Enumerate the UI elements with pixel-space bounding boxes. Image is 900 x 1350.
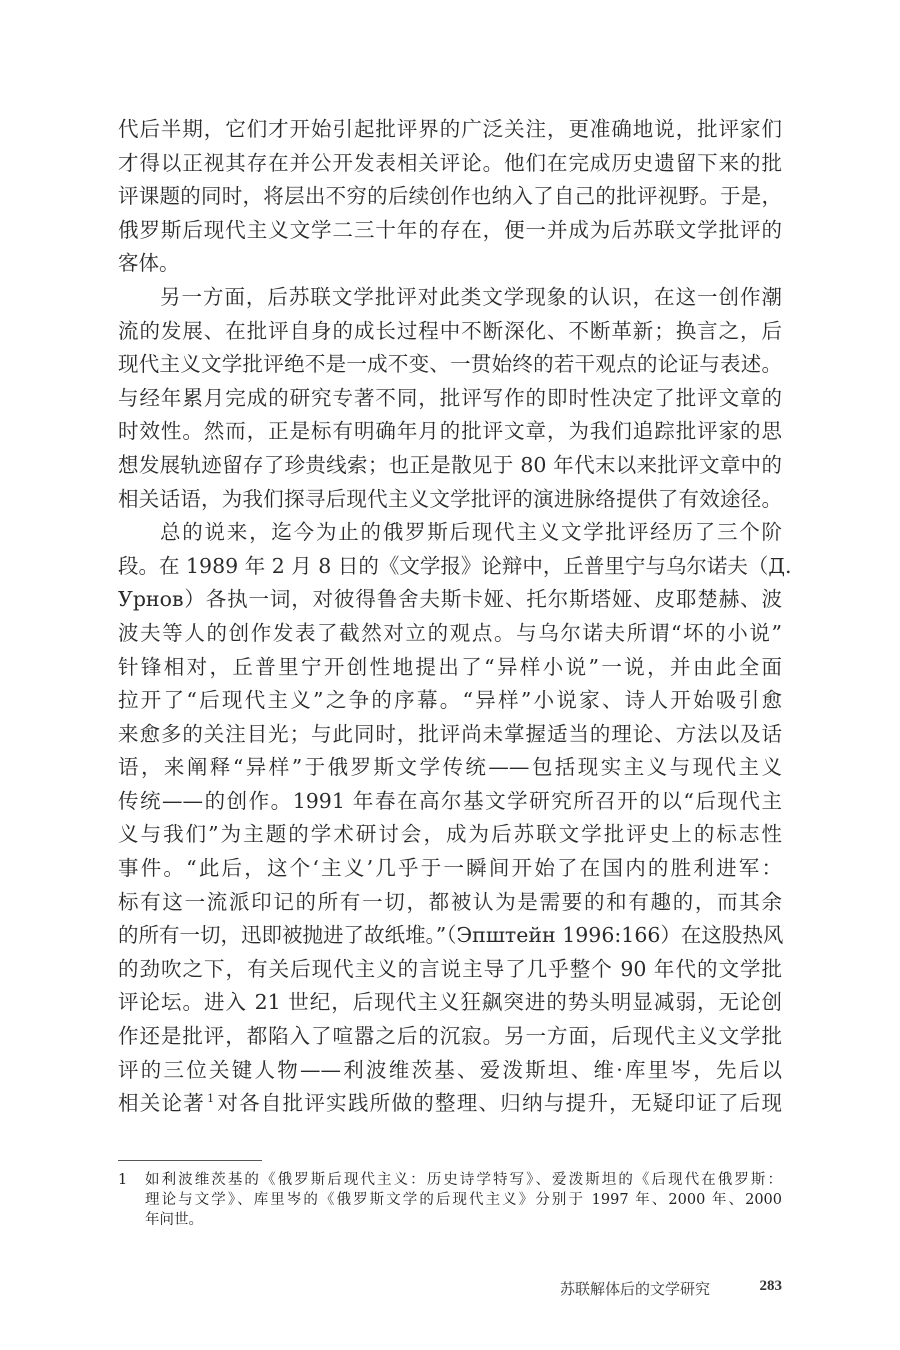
- text-line: 事件。“此后，这个‘主义’几乎于一瞬间开始了在国内的胜利进军：: [118, 852, 782, 886]
- text-line: 时效性。然而，正是标有明确年月的批评文章，为我们追踪批评家的思: [118, 415, 782, 449]
- text-line: 客体。: [118, 247, 782, 281]
- text-line: 段。在 1989 年 2 月 8 日的《文学报》论辩中，丘普里宁与乌尔诺夫（Д.: [118, 550, 782, 584]
- text-before-footnote: 相关论著: [118, 1091, 205, 1115]
- text-line: 义与我们”为主题的学术研讨会，成为后苏联文学批评史上的标志性: [118, 818, 782, 852]
- body-text: 代后半期，它们才开始引起批评界的广泛关注，更准确地说，批评家们 才得以正视其存在…: [118, 113, 782, 1121]
- text-line: 现代主义文学批评绝不是一成不变、一贯始终的若干观点的论证与表述。: [118, 348, 782, 382]
- text-line: 来愈多的关注目光；与此同时，批评尚未掌握适当的理论、方法以及话: [118, 718, 782, 752]
- paragraph-2: 另一方面，后苏联文学批评对此类文学现象的认识，在这一创作潮 流的发展、在批评自身…: [118, 281, 782, 516]
- text-line: 才得以正视其存在并公开发表相关评论。他们在完成历史遗留下来的批: [118, 147, 782, 181]
- text-line: 评论坛。进入 21 世纪，后现代主义狂飙突进的势头明显减弱，无论创: [118, 986, 782, 1020]
- text-line: 另一方面，后苏联文学批评对此类文学现象的认识，在这一创作潮: [118, 281, 782, 315]
- footnote-line: 理论与文学》、库里岑的《俄罗斯文学的后现代主义》分别于 1997 年、2000 …: [145, 1190, 782, 1210]
- text-line: 的劲吹之下，有关后现代主义的言说主导了几乎整个 90 年代的文学批: [118, 953, 782, 987]
- text-line: 评课题的同时，将层出不穷的后续创作也纳入了自己的批评视野。于是，: [118, 180, 782, 214]
- text-line: 的所有一切，迅即被抛进了故纸堆。”（Эпштейн 1996:166）在这股热风: [118, 919, 782, 953]
- footnote: 1 如利波维茨基的《俄罗斯后现代主义：历史诗学特写》、爱泼斯坦的《后现代在俄罗斯…: [118, 1170, 782, 1230]
- footnote-number: 1: [118, 1170, 138, 1190]
- footnote-line: 如利波维茨基的《俄罗斯后现代主义：历史诗学特写》、爱泼斯坦的《后现代在俄罗斯：: [145, 1170, 782, 1190]
- footnote-reference[interactable]: 1: [207, 1092, 214, 1105]
- text-after-footnote: 对各自批评实践所做的整理、归纳与提升，无疑印证了后现: [216, 1091, 782, 1115]
- text-line: 标有这一流派印记的所有一切，都被认为是需要的和有趣的，而其余: [118, 886, 782, 920]
- text-line: 代后半期，它们才开始引起批评界的广泛关注，更准确地说，批评家们: [118, 113, 782, 147]
- text-line: 流的发展、在批评自身的成长过程中不断深化、不断革新；换言之，后: [118, 315, 782, 349]
- paragraph-1: 代后半期，它们才开始引起批评界的广泛关注，更准确地说，批评家们 才得以正视其存在…: [118, 113, 782, 281]
- footnote-line: 年问世。: [145, 1210, 782, 1230]
- text-line: 作还是批评，都陷入了喧嚣之后的沉寂。另一方面，后现代主义文学批: [118, 1020, 782, 1054]
- page-number: 283: [760, 1278, 783, 1295]
- running-footer-title: 苏联解体后的文学研究: [560, 1278, 710, 1299]
- text-line: 传统——的创作。1991 年春在高尔基文学研究所召开的以“后现代主: [118, 785, 782, 819]
- text-line-with-footnote-ref: 相关论著1对各自批评实践所做的整理、归纳与提升，无疑印证了后现: [118, 1087, 782, 1121]
- text-line: 拉开了“后现代主义”之争的序幕。“异样”小说家、诗人开始吸引愈: [118, 684, 782, 718]
- footnote-body: 如利波维茨基的《俄罗斯后现代主义：历史诗学特写》、爱泼斯坦的《后现代在俄罗斯： …: [145, 1170, 782, 1230]
- footnote-divider: [118, 1160, 262, 1161]
- text-line: 总的说来，迄今为止的俄罗斯后现代主义文学批评经历了三个阶: [118, 516, 782, 550]
- text-line: Урнов）各执一词，对彼得鲁舍夫斯卡娅、托尔斯塔娅、皮耶楚赫、波: [118, 583, 782, 617]
- text-line: 语，来阐释“异样”于俄罗斯文学传统——包括现实主义与现代主义: [118, 751, 782, 785]
- text-line: 俄罗斯后现代主义文学二三十年的存在，便一并成为后苏联文学批评的: [118, 214, 782, 248]
- book-page: 代后半期，它们才开始引起批评界的广泛关注，更准确地说，批评家们 才得以正视其存在…: [0, 0, 900, 1350]
- text-line: 针锋相对，丘普里宁开创性地提出了“异样小说”一说，并由此全面: [118, 651, 782, 685]
- paragraph-3: 总的说来，迄今为止的俄罗斯后现代主义文学批评经历了三个阶 段。在 1989 年 …: [118, 516, 782, 1121]
- text-line: 评的三位关键人物——利波维茨基、爱泼斯坦、维·库里岑，先后以: [118, 1054, 782, 1088]
- text-line: 想发展轨迹留存了珍贵线索；也正是散见于 80 年代末以来批评文章中的: [118, 449, 782, 483]
- text-line: 与经年累月完成的研究专著不同，批评写作的即时性决定了批评文章的: [118, 382, 782, 416]
- text-line: 相关话语，为我们探寻后现代主义文学批评的演进脉络提供了有效途径。: [118, 483, 782, 517]
- text-line: 波夫等人的创作发表了截然对立的观点。与乌尔诺夫所谓“坏的小说”: [118, 617, 782, 651]
